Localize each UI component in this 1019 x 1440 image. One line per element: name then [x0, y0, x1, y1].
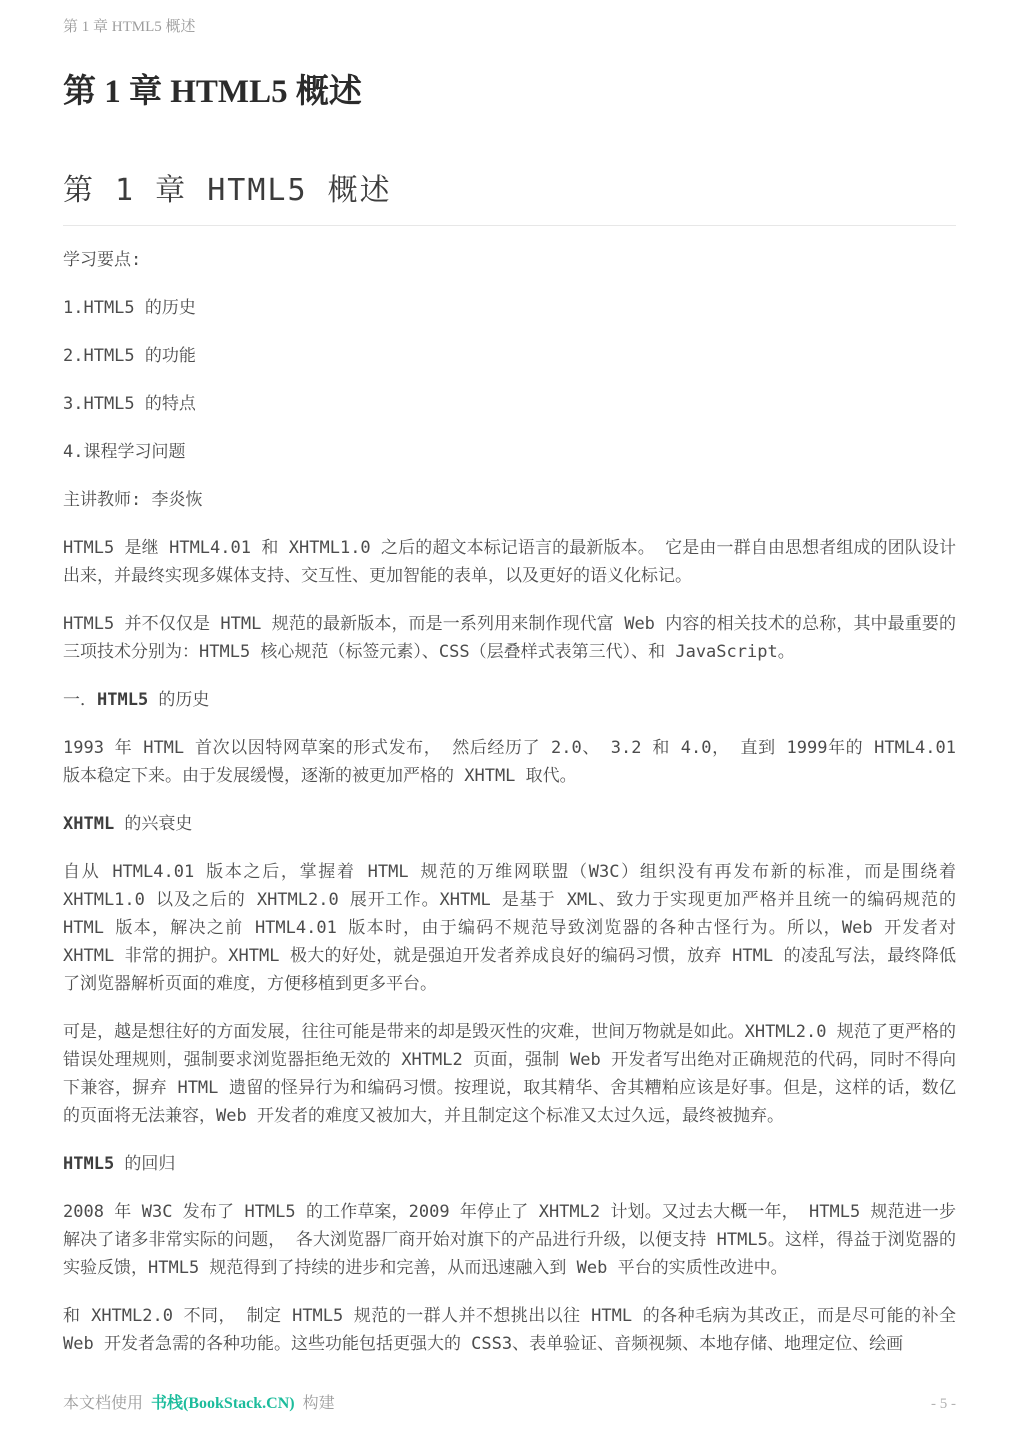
text-run: 可是，越是想往好的方面发展，往往可能是带来的却是毁灭性的灾难，世间万物就是如此。… [63, 1022, 956, 1126]
text-run: 2.HTML5 的功能 [63, 346, 196, 366]
text-run: 学习要点: [63, 250, 141, 270]
paragraph: 主讲教师: 李炎恢 [63, 486, 956, 514]
page-footer: 本文档使用 书栈(BookStack.CN) 构建 - 5 - [63, 1390, 956, 1413]
paragraph: HTML5 的回归 [63, 1150, 956, 1178]
paragraph: 3.HTML5 的特点 [63, 390, 956, 418]
content: 学习要点:1.HTML5 的历史2.HTML5 的功能3.HTML5 的特点4.… [63, 246, 956, 1358]
text-run: 自从 HTML4.01 版本之后，掌握着 HTML 规范的万维网联盟（W3C）组… [63, 862, 956, 994]
text-run: 4.课程学习问题 [63, 442, 185, 462]
paragraph: 2.HTML5 的功能 [63, 342, 956, 370]
paragraph: XHTML 的兴衰史 [63, 810, 956, 838]
chapter-title-secondary: 第 1 章 HTML5 概述 [63, 172, 956, 210]
paragraph: HTML5 并不仅仅是 HTML 规范的最新版本，而是一系列用来制作现代富 We… [63, 610, 956, 666]
bold-term: HTML5 [97, 690, 148, 710]
text-run: 3.HTML5 的特点 [63, 394, 196, 414]
title-divider [63, 225, 956, 226]
text-run: 一． [63, 690, 97, 710]
bookstack-link[interactable]: 书栈(BookStack.CN) [151, 1395, 295, 1412]
paragraph: 一．HTML5 的历史 [63, 686, 956, 714]
bold-term: HTML5 [63, 1154, 114, 1174]
text-run: 的兴衰史 [114, 814, 192, 834]
builder-credit: 本文档使用 书栈(BookStack.CN) 构建 [63, 1390, 335, 1413]
builder-credit-prefix: 本文档使用 [63, 1395, 143, 1412]
chapter-title-serif: 第 1 章 HTML5 概述 [63, 0, 956, 112]
paragraph: 4.课程学习问题 [63, 438, 956, 466]
text-run: 1.HTML5 的历史 [63, 298, 196, 318]
text-run: 2008 年 W3C 发布了 HTML5 的工作草案，2009 年停止了 XHT… [63, 1202, 956, 1278]
text-run: 的历史 [148, 690, 209, 710]
paragraph: 和 XHTML2.0 不同， 制定 HTML5 规范的一群人并不想挑出以往 HT… [63, 1302, 956, 1358]
text-run: 和 XHTML2.0 不同， 制定 HTML5 规范的一群人并不想挑出以往 HT… [63, 1306, 956, 1354]
paragraph: 可是，越是想往好的方面发展，往往可能是带来的却是毁灭性的灾难，世间万物就是如此。… [63, 1018, 956, 1130]
text-run: HTML5 是继 HTML4.01 和 XHTML1.0 之后的超文本标记语言的… [63, 538, 956, 586]
text-run: 主讲教师: 李炎恢 [63, 490, 202, 510]
paragraph: HTML5 是继 HTML4.01 和 XHTML1.0 之后的超文本标记语言的… [63, 534, 956, 590]
paragraph: 自从 HTML4.01 版本之后，掌握着 HTML 规范的万维网联盟（W3C）组… [63, 858, 956, 998]
text-run: 1993 年 HTML 首次以因特网草案的形式发布， 然后经历了 2.0、 3.… [63, 738, 956, 786]
text-run: 的回归 [114, 1154, 175, 1174]
running-header: 第 1 章 HTML5 概述 [63, 15, 196, 36]
document-page: 第 1 章 HTML5 概述 第 1 章 HTML5 概述 第 1 章 HTML… [0, 0, 1019, 1440]
builder-credit-suffix: 构建 [303, 1395, 335, 1412]
paragraph: 1993 年 HTML 首次以因特网草案的形式发布， 然后经历了 2.0、 3.… [63, 734, 956, 790]
paragraph: 2008 年 W3C 发布了 HTML5 的工作草案，2009 年停止了 XHT… [63, 1198, 956, 1282]
page-number: - 5 - [931, 1396, 956, 1413]
paragraph: 1.HTML5 的历史 [63, 294, 956, 322]
paragraph: 学习要点: [63, 246, 956, 274]
bold-term: XHTML [63, 814, 114, 834]
text-run: HTML5 并不仅仅是 HTML 规范的最新版本，而是一系列用来制作现代富 We… [63, 614, 956, 662]
